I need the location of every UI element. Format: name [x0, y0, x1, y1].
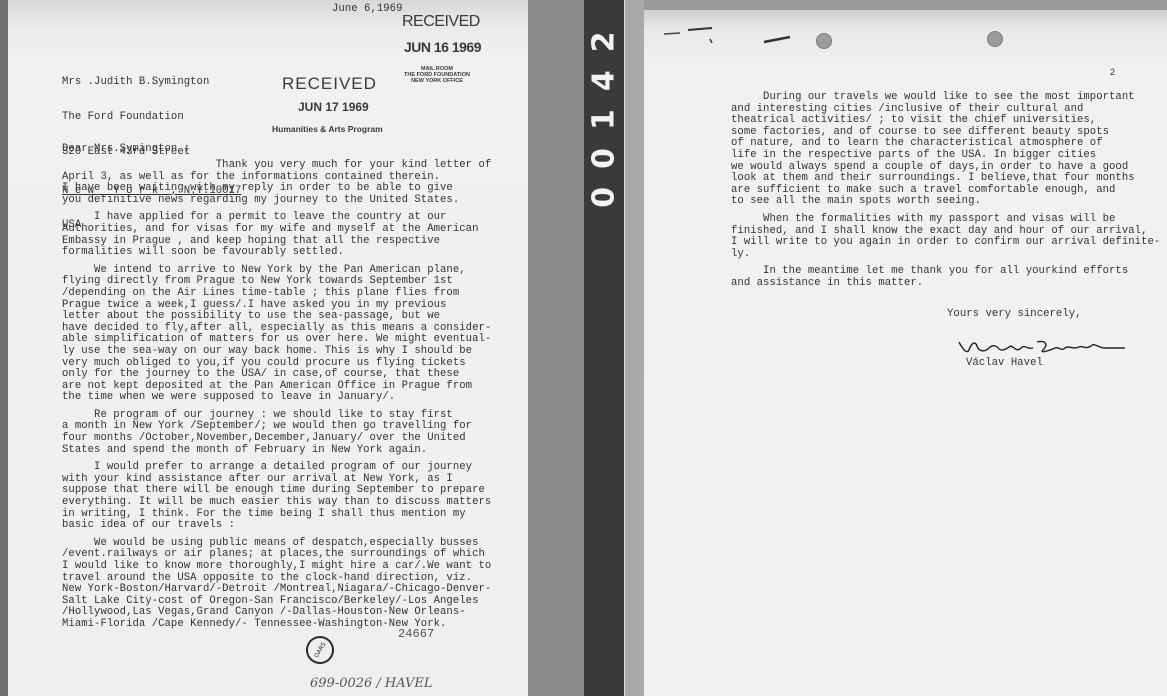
- text-line: look at them and their surroundings. I b…: [731, 173, 1160, 185]
- text-line: four months /October,November,December,J…: [62, 433, 491, 445]
- letter-page-2-body: During our travels we would like to see …: [731, 92, 1160, 296]
- address-line-name: Mrs .Judith B.Symington: [62, 77, 241, 89]
- received-stamp-2-department: Humanities & Arts Program: [272, 124, 383, 134]
- paragraph: I would prefer to arrange a detailed pro…: [62, 462, 491, 532]
- signature: [955, 336, 1130, 358]
- text-line: life in the respective parts of the USA.…: [731, 150, 1160, 162]
- handwritten-reference: 699-0026 / HAVEL: [310, 676, 433, 691]
- text-line: to see all the main spots worth seeing.: [731, 196, 1160, 208]
- letter-date: June 6,1969: [332, 4, 402, 16]
- text-line: and assistance in this matter.: [731, 278, 1160, 290]
- text-line: ly use the sea-way on our way back home.…: [62, 346, 491, 358]
- received-stamp-1-date: JUN 16 1969: [404, 39, 481, 55]
- punch-hole-left: [816, 33, 832, 49]
- text-line: the time when we were supposed to leave …: [62, 392, 491, 404]
- page-number: 2: [1110, 67, 1115, 79]
- text-line: basic idea of our travels :: [62, 520, 491, 532]
- text-line: Authorities, and for visas for my wife a…: [62, 224, 491, 236]
- paragraph: Re program of our journey : we should li…: [62, 410, 491, 456]
- text-line: During our travels we would like to see …: [731, 92, 1160, 104]
- staple-marks: [660, 22, 800, 52]
- received-stamp-2-date: JUN 17 1969: [298, 100, 369, 114]
- paragraph: Thank you very much for your kind letter…: [62, 160, 491, 206]
- address-line-org: The Ford Foundation: [62, 112, 241, 124]
- paragraph: We intend to arrive to New York by the P…: [62, 265, 491, 404]
- scan-left-edge: [0, 0, 8, 696]
- film-frame-number: 00142: [584, 10, 624, 210]
- salutation: Dear Mrs.Symington :: [62, 144, 190, 156]
- letter-page-1-body: Thank you very much for your kind letter…: [62, 160, 491, 637]
- text-line: formalities will soon be favourably sett…: [62, 247, 491, 259]
- text-line: I will write to you again in order to co…: [731, 237, 1160, 249]
- text-line: ly.: [731, 249, 1160, 261]
- microfilm-gutter-right: [624, 0, 645, 696]
- microfilm-gutter: [528, 0, 588, 696]
- received-stamp-1-org: MAIL ROOMTHE FORD FOUNDATIONNEW YORK OFF…: [392, 66, 482, 84]
- received-stamp-2-title: RECEIVED: [282, 74, 377, 94]
- text-line: States and spend the month of February i…: [62, 445, 491, 457]
- file-number: 24667: [398, 629, 434, 641]
- paragraph: We would be using public means of despat…: [62, 538, 491, 631]
- received-stamp-1-title: RECEIVED: [402, 13, 480, 31]
- text-line: everything. It will be much easier this …: [62, 497, 491, 509]
- paragraph: In the meantime let me thank you for all…: [731, 266, 1160, 289]
- paragraph: During our travels we would like to see …: [731, 92, 1160, 208]
- paragraph: I have applied for a permit to leave the…: [62, 212, 491, 258]
- text-line: I would like to know more thoroughly,I m…: [62, 561, 491, 573]
- punch-hole-right: [987, 31, 1003, 47]
- text-line: you definitive news regarding my journey…: [62, 195, 491, 207]
- text-line: letter about the possibility to use the …: [62, 311, 491, 323]
- text-line: When the formalities with my passport an…: [731, 214, 1160, 226]
- paragraph: When the formalities with my passport an…: [731, 214, 1160, 260]
- closing: Yours very sincerely,: [947, 309, 1082, 321]
- text-line: only for the journey to the USA/ in case…: [62, 369, 491, 381]
- text-line: Thank you very much for your kind letter…: [62, 160, 491, 172]
- stamp-org-line: NEW YORK OFFICE: [392, 78, 482, 84]
- signature-name: Václav Havel: [966, 358, 1043, 370]
- text-line: /depending on the Air Lines time-table ;…: [62, 288, 491, 300]
